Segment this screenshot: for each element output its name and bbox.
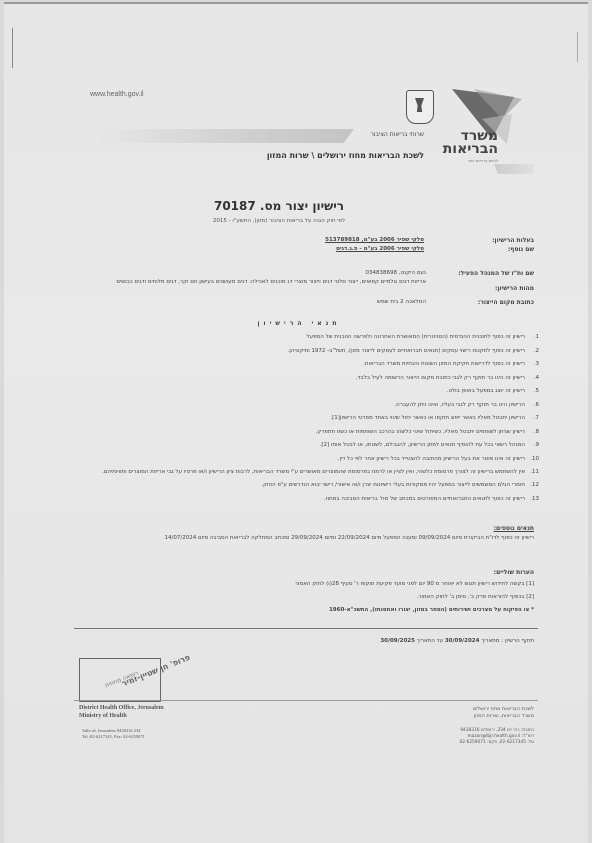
footnote-note: * צו הפיקוח על מצרכים ושירותים (הסחר במז… [154,607,534,613]
conditions-list: 1.רישיון זה כפוף לתוכנית ההנדסית (הסניטר… [79,331,539,506]
divider-top [74,628,538,629]
condition-item: 6.הרישיון הינו בר תוקף רק לגבי בעליו, וא… [79,399,539,413]
license-nature-value: אריזות דגים גולמיים קפואים, ייצור סלטי ד… [79,279,426,287]
divider-bottom [74,700,538,701]
license-title: רישיון יצור מס. 70187 [164,199,394,213]
state-emblem-icon [406,90,434,124]
alt-name-label: שם נוסף: [434,246,534,253]
condition-item: 10.רישיון זה אינו פוטר את בעל הרישיון מה… [79,453,539,467]
condition-item: 9.המנהל רשאי בכל עת להוסיף תנאים למתן הר… [79,439,539,453]
owner-value: סלקי שפיר 2006 בע"מ, 513789818 [254,237,424,243]
condition-item: 5.רישיון זה יוצג במפעל באופן בולט. [79,385,539,399]
footnote-2: [2] בכפוף להוראות פרק ב', סימן ב' לחוק ה… [154,594,534,600]
footer-phone-en: Tel :02-6217345, Fax: 02-6259071 [82,734,145,739]
footer-ministry-en: Ministry of Health [79,713,127,719]
conditions-heading: תנאי הרישיון [164,320,434,327]
scan-edge-left [12,28,13,68]
license-nature-label: מהות הרישיון: [434,285,534,292]
condition-item: 13.רישיון זה כפוף לתנאים התברואתיים המפו… [79,493,539,507]
condition-item: 2.רישיון זה כפוף לתקנות רישוי עסקים (תנא… [79,345,539,359]
license-document: www.health.gov.il משרד הבריאות לחיים ברי… [4,2,588,843]
condition-item: 12.חומרי הגלם המשמשים לייצור במפעל יהיו … [79,479,539,493]
service-label: שרותי בריאות הציבור [304,131,424,138]
condition-item: 8.רישיון שניתן לשותפים יתבטל מאליו, כשיח… [79,426,539,440]
footnotes-heading: הערות שוליים: [434,569,534,576]
condition-item: 7.הרישיון יתבטל מאליו כאשר ייפוג תוקפו א… [79,412,539,426]
owner-label: בעלות הרישיון: [434,237,534,244]
footnote-1: [1] בקשה לחידוש רישיון תוגש לא יאוחר מ 9… [154,581,534,587]
validity-line: תוקף הרשיון : מתאריך 30/09/2024 עד התארי… [254,638,534,644]
law-reference: לפי חוק הגנה על בריאות הציבור (מזון), הת… [164,218,394,224]
valid-from-date: 30/09/2024 [445,638,480,644]
footer-phone-he: טל: 02-6217345, פקס: 02-6259071 [384,740,534,745]
department-name: לשכת הבריאות מחוז ירושלים \ שרות המזון [154,151,424,160]
address-label: כתובת מקום הייצור: [434,299,534,306]
footer-email-he: דוא"ל: mazon@lbjr.health.gov.il [384,734,534,739]
footer-office-he: לשכת הבריאות מחוז ירושלים [384,706,534,712]
manager-label: שם ות"ז של המנהל הפעיל: [414,270,534,277]
footer-ministry-he: משרד הבריאות, שירות המזון [384,713,534,719]
valid-to-date: 30/09/2025 [380,638,415,644]
manager-value: נעם היקנט, 034838698 [254,270,426,276]
additional-conditions-heading: תנאים נוספים: [434,525,534,532]
additional-conditions-text: רישיון זה כפוף לדו"ח הביקורת מיום 09/09/… [79,534,534,542]
ministry-slogan: לחיים בריאים יותר [434,158,498,163]
footer-office-en: District Health Office, Jerusalem [79,705,164,711]
footer-address-he: כתובת: רח' יפו 234, ירושלים 9438316 [384,728,534,733]
condition-item: 3.רישיון זה כפוף לדרישות חקיקת המזון השו… [79,358,539,372]
condition-item: 4.רישיון זה הינו בר תוקף רק לגבי כתובת מ… [79,372,539,386]
website-url: www.health.gov.il [90,91,144,98]
condition-item: 11.אין להשתמש ברישיון זה לצורך פרסומת כל… [79,466,539,479]
address-value: המלאכה 2 בית שמש [254,299,426,305]
ministry-logo-text: משרד הבריאות [434,130,498,156]
condition-item: 1.רישיון זה כפוף לתוכנית ההנדסית (הסניטר… [79,331,539,345]
footer-address-en: Jaffa rd. Jerusalem 9438316 234 [82,728,141,733]
header-band-lower [494,164,534,174]
scan-edge-right [577,32,578,62]
alt-name-value: סלקי שפיר 2006 בע"מ - פ.ג.דגים [254,246,424,252]
